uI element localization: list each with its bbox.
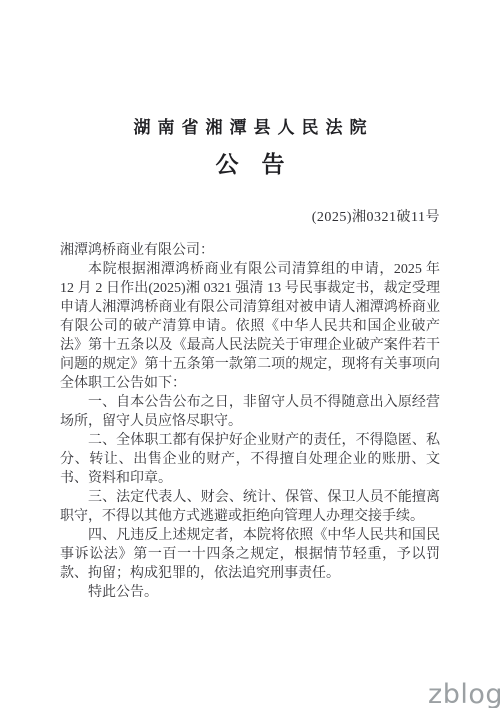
- closing-line: 特此公告。: [60, 583, 440, 602]
- announcement-body: 湘潭鸿桥商业有限公司： 本院根据湘潭鸿桥商业有限公司清算组的申请，2025 年 …: [60, 241, 440, 602]
- court-name-title: 湖南省湘潭县人民法院: [0, 113, 500, 138]
- salutation: 湘潭鸿桥商业有限公司：: [60, 241, 440, 260]
- zblog-watermark: zblog: [428, 681, 500, 708]
- announcement-paragraph: 四、凡违反上述规定者，本院将依照《中华人民共和国民事诉讼法》第一百一十四条之规定…: [60, 526, 440, 583]
- announcement-paragraph: 本院根据湘潭鸿桥商业有限公司清算组的申请，2025 年 12 月 2 日作出(2…: [60, 260, 440, 393]
- announcement-paragraph: 三、法定代表人、财会、统计、保管、保卫人员不能擅离职守，不得以其他方式逃避或拒绝…: [60, 488, 440, 526]
- announcement-page: 湖南省湘潭县人民法院 公 告 (2025)湘0321破11号 湘潭鸿桥商业有限公…: [0, 0, 500, 708]
- announcement-paragraph: 一、自本公告公布之日，非留守人员不得随意出入原经营场所，留守人员应恪尽职守。: [60, 393, 440, 431]
- case-number: (2025)湘0321破11号: [312, 206, 440, 226]
- document-title: 公 告: [0, 146, 500, 179]
- announcement-paragraph: 二、全体职工都有保护好企业财产的责任，不得隐匿、私分、转让、出售企业的财产，不得…: [60, 431, 440, 488]
